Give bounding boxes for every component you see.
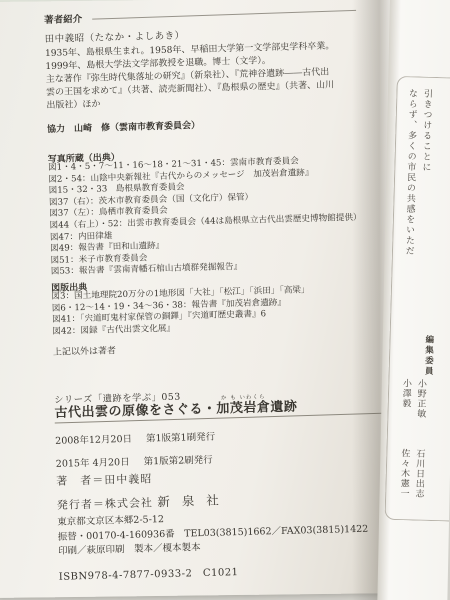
heading-rule [92, 9, 356, 19]
isbn-line: ISBN978-4-7877-0933-2 C1021 [59, 563, 239, 583]
author-bio: 1935年、島根県生まれ。1958年、早稲田大学第一文学部史学科卒業。 1999… [45, 40, 336, 113]
book-photo: 著者紹介 田中義昭（たなか・よしあき） 1935年、島根県生まれ。1958年、早… [0, 0, 450, 600]
edition-1-label: 第1版第1刷発行 [146, 432, 215, 445]
colophon-author-line: 著 者＝田中義昭 [56, 470, 152, 489]
publisher-prefix: 発行者＝株式会社 [57, 496, 153, 512]
book-title-ruby: 加茂岩倉か も いわくら [216, 400, 270, 416]
publisher-name: 新 泉 社 [157, 492, 223, 509]
publisher-address: 東京都文京区本郷2-5-12 [57, 511, 164, 528]
edition-1-date: 2008年12月20日 [55, 434, 132, 447]
author-intro-heading: 著者紹介 [44, 11, 82, 26]
edition-line-2: 2015年 4月20日第1版第2刷発行 [56, 452, 213, 470]
editor-name: 小澤毅 [397, 378, 413, 440]
photo-credits-list: 図1・4・5・7〜11・16〜18・21〜31・45：雲南市教育委員会 図2・5… [48, 155, 363, 279]
credits-note: 上記以外は著者 [53, 343, 116, 358]
cooperation-line: 協力 山崎 修（雲南市教育委員会） [47, 118, 200, 135]
editor-name: 石川日出志 [410, 449, 427, 529]
edition-2-label: 第1版第2刷発行 [144, 455, 213, 468]
colophon-publisher-line: 発行者＝株式会社 新 泉 社 [57, 490, 223, 512]
author-name: 田中義昭（たなか・よしあき） [44, 27, 184, 45]
editor-name: 佐々木憲一 [395, 448, 412, 528]
book-title-ruby-base: 加茂岩倉 [216, 400, 270, 416]
editorial-board-names-row1: 小野正敏 小澤毅 [397, 378, 428, 441]
edition-line-1: 2008年12月20日第1版第1刷発行 [55, 429, 215, 447]
flap-quote-text: 引きつけることに ならず、多くの市民の共感をいただ [400, 88, 434, 299]
edition-2-date: 2015年 4月20日 [56, 457, 130, 470]
editor-name: 小野正敏 [412, 379, 428, 441]
right-page-edge: 引きつけることに ならず、多くの市民の共感をいただ 編集委員 小野正敏 小澤毅 … [377, 0, 450, 600]
book-title-suffix: 遺跡 [270, 400, 297, 416]
printing-binding-line: 印刷／萩原印刷 製本／榎本製本 [58, 539, 201, 557]
figure-sources-list: 図3：国土地理院20万分の1地形図「大社」「松江」「浜田」「高梁」 図6・12〜… [51, 285, 310, 338]
editorial-board-names-row2: 石川日出志 佐々木憲一 [395, 448, 427, 529]
